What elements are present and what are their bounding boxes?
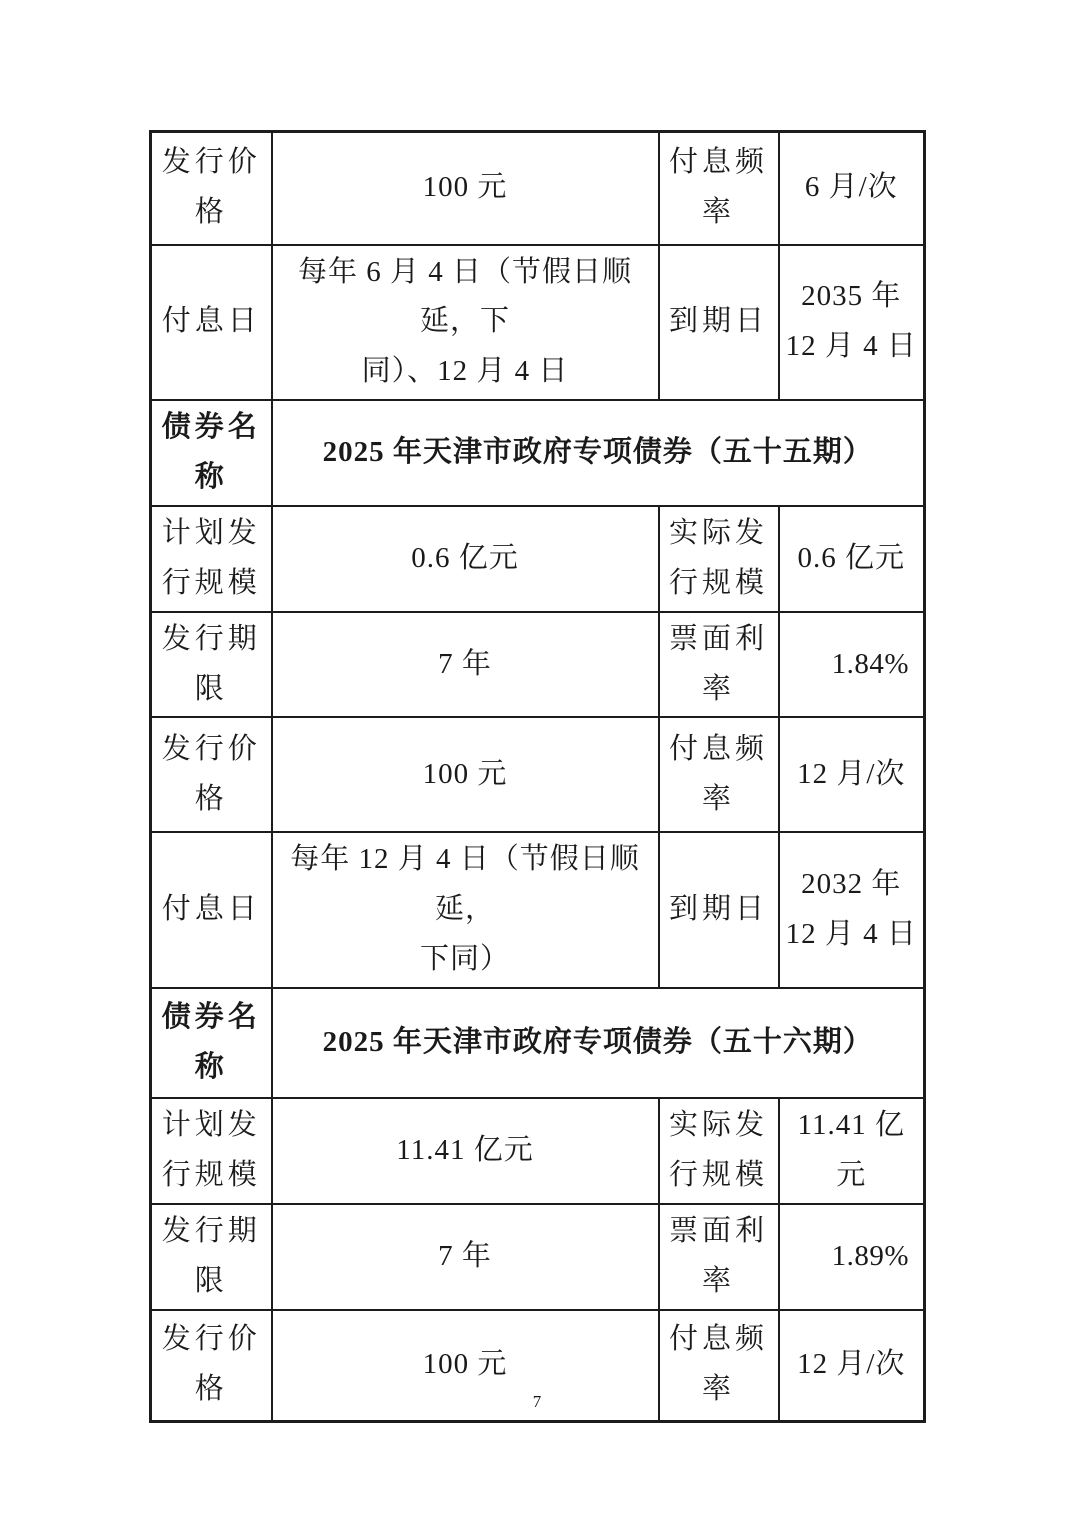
bond-name-label: 债券名 称 [151, 400, 272, 506]
table-row: 计划发 行规模 11.41 亿元 实际发 行规模 11.41 亿元 [151, 1098, 925, 1204]
bond-info-table: 发行价 格 100 元 付息频 率 6 月/次 付息日 每年 6 月 4 日（节… [149, 130, 926, 1423]
bond-name-value: 2025 年天津市政府专项债券（五十六期） [272, 988, 925, 1098]
actual-issue-size-label: 实际发 行规模 [659, 1098, 779, 1204]
issue-term-value: 7 年 [272, 612, 659, 718]
interest-payment-date-value: 每年 12 月 4 日（节假日顺延， 下同） [272, 832, 659, 988]
actual-issue-size-value: 11.41 亿元 [779, 1098, 925, 1204]
interest-payment-date-label: 付息日 [151, 245, 272, 401]
issue-term-label: 发行期 限 [151, 1204, 272, 1310]
coupon-rate-label: 票面利 率 [659, 1204, 779, 1310]
bond-name-value: 2025 年天津市政府专项债券（五十五期） [272, 400, 925, 506]
payment-frequency-label: 付息频 率 [659, 717, 779, 832]
table-row: 计划发 行规模 0.6 亿元 实际发 行规模 0.6 亿元 [151, 506, 925, 612]
table-row: 债券名 称 2025 年天津市政府专项债券（五十六期） [151, 988, 925, 1098]
planned-issue-size-label: 计划发 行规模 [151, 1098, 272, 1204]
payment-frequency-value: 12 月/次 [779, 717, 925, 832]
issue-price-label: 发行价 格 [151, 132, 272, 245]
table-row: 付息日 每年 12 月 4 日（节假日顺延， 下同） 到期日 2032 年 12… [151, 832, 925, 988]
table-row: 发行期 限 7 年 票面利 率 1.84% [151, 612, 925, 718]
planned-issue-size-label: 计划发 行规模 [151, 506, 272, 612]
table-row: 发行价 格 100 元 付息频 率 6 月/次 [151, 132, 925, 245]
maturity-date-value: 2032 年 12 月 4 日 [779, 832, 925, 988]
issue-price-value: 100 元 [272, 132, 659, 245]
interest-payment-date-label: 付息日 [151, 832, 272, 988]
payment-frequency-label: 付息频 率 [659, 132, 779, 245]
issue-price-value: 100 元 [272, 717, 659, 832]
coupon-rate-value: 1.89% [779, 1204, 925, 1310]
maturity-date-label: 到期日 [659, 832, 779, 988]
bond-name-label: 债券名 称 [151, 988, 272, 1098]
issue-term-label: 发行期 限 [151, 612, 272, 718]
coupon-rate-value: 1.84% [779, 612, 925, 718]
payment-frequency-value: 6 月/次 [779, 132, 925, 245]
issue-price-label: 发行价 格 [151, 717, 272, 832]
table-row: 债券名 称 2025 年天津市政府专项债券（五十五期） [151, 400, 925, 506]
maturity-date-label: 到期日 [659, 245, 779, 401]
actual-issue-size-value: 0.6 亿元 [779, 506, 925, 612]
document-page: 发行价 格 100 元 付息频 率 6 月/次 付息日 每年 6 月 4 日（节… [0, 0, 1074, 1520]
page-number: 7 [0, 1392, 1074, 1412]
interest-payment-date-value: 每年 6 月 4 日（节假日顺延，下 同）、12 月 4 日 [272, 245, 659, 401]
planned-issue-size-value: 0.6 亿元 [272, 506, 659, 612]
maturity-date-value: 2035 年 12 月 4 日 [779, 245, 925, 401]
issue-term-value: 7 年 [272, 1204, 659, 1310]
table-row: 发行价 格 100 元 付息频 率 12 月/次 [151, 717, 925, 832]
table-row: 发行期 限 7 年 票面利 率 1.89% [151, 1204, 925, 1310]
table-row: 付息日 每年 6 月 4 日（节假日顺延，下 同）、12 月 4 日 到期日 2… [151, 245, 925, 401]
actual-issue-size-label: 实际发 行规模 [659, 506, 779, 612]
coupon-rate-label: 票面利 率 [659, 612, 779, 718]
planned-issue-size-value: 11.41 亿元 [272, 1098, 659, 1204]
